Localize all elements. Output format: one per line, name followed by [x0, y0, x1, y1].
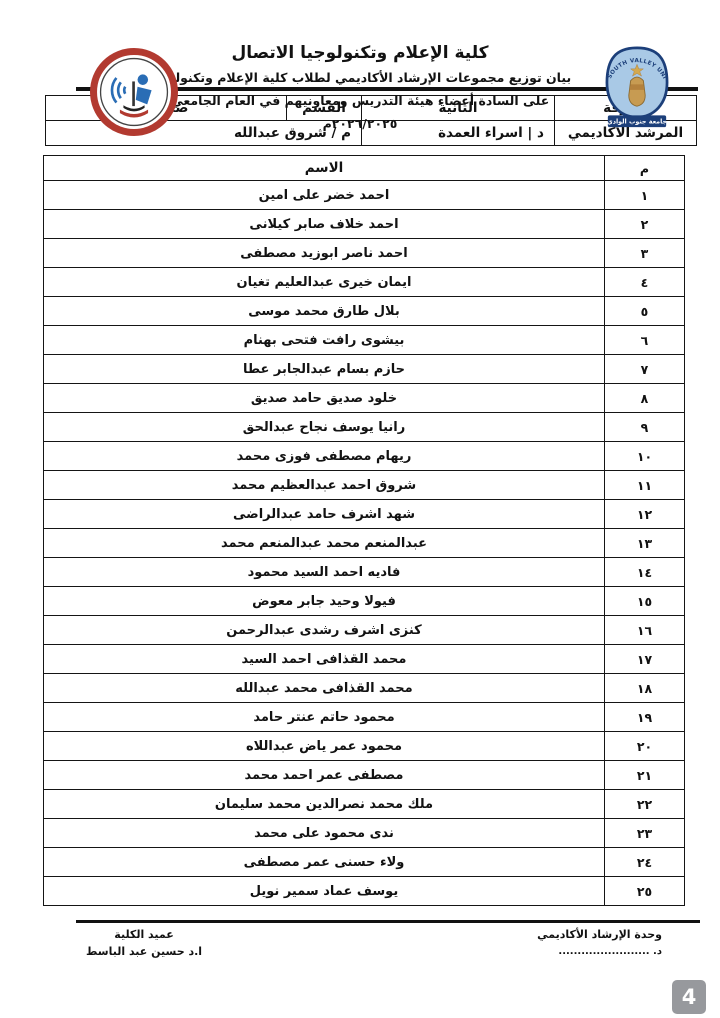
- column-header-number: م: [605, 156, 685, 181]
- advising-unit-signature-block: وحدة الإرشاد الأكاديمي د. ..............…: [537, 926, 662, 960]
- student-number: ١٢: [605, 500, 685, 529]
- students-table: م الاسم ١ احمد خضر على امين ٢ احمد خلاف …: [43, 155, 685, 906]
- column-header-name: الاسم: [44, 156, 605, 181]
- student-number: ١٩: [605, 703, 685, 732]
- student-number: ١٣: [605, 529, 685, 558]
- table-header-row: م الاسم: [44, 156, 685, 181]
- student-number: ١١: [605, 471, 685, 500]
- student-name: محمود حاتم عنتر حامد: [44, 703, 605, 732]
- document-subtitle-2: على السادة أعضاء هيئة التدريس ومعاونيهم …: [140, 89, 580, 135]
- student-number: ٨: [605, 384, 685, 413]
- student-number: ١: [605, 181, 685, 210]
- table-row: ٨ خلود صديق حامد صديق: [44, 384, 685, 413]
- table-row: ١٢ شهد اشرف حامد عبدالراضى: [44, 500, 685, 529]
- document-page: كلية الإعلام وتكنولوجيا الاتصال بيان توز…: [0, 0, 720, 1018]
- student-name: كنزى اشرف رشدى عبدالرحمن: [44, 616, 605, 645]
- table-row: ٦ بيشوى رافت فتحى بهنام: [44, 326, 685, 355]
- student-name: رانيا يوسف نجاح عبدالحق: [44, 413, 605, 442]
- university-logo-icon: SOUTH VALLEY UNIVERSITY جامعة جنوب الواد…: [596, 42, 678, 134]
- student-number: ١٠: [605, 442, 685, 471]
- student-number: ١٧: [605, 645, 685, 674]
- student-number: ٥: [605, 297, 685, 326]
- page-number-badge: 4: [672, 980, 706, 1014]
- table-row: ١٨ محمد القذافى محمد عبدالله: [44, 674, 685, 703]
- table-row: ٢١ مصطفى عمر احمد محمد: [44, 761, 685, 790]
- advising-unit-title: وحدة الإرشاد الأكاديمي: [537, 926, 662, 943]
- dean-signature-block: عميد الكلية ا.د حسين عبد الباسط: [86, 926, 202, 960]
- student-number: ٢٤: [605, 848, 685, 877]
- student-number: ٩: [605, 413, 685, 442]
- student-name: حازم بسام عبدالجابر عطا: [44, 355, 605, 384]
- student-name: عبدالمنعم محمد عبدالمنعم محمد: [44, 529, 605, 558]
- document-footer: وحدة الإرشاد الأكاديمي د. ..............…: [0, 923, 720, 960]
- student-number: ٣: [605, 239, 685, 268]
- faculty-media-logo-icon: [90, 48, 178, 136]
- student-name: مصطفى عمر احمد محمد: [44, 761, 605, 790]
- student-number: ٢٢: [605, 790, 685, 819]
- advising-unit-signature-line: د. ........................: [537, 943, 662, 960]
- student-number: ١٦: [605, 616, 685, 645]
- student-number: ٢٥: [605, 877, 685, 906]
- table-row: ٢٠ محمود عمر ياض عبداللاه: [44, 732, 685, 761]
- student-number: ٢١: [605, 761, 685, 790]
- student-number: ١٥: [605, 587, 685, 616]
- student-name: احمد خلاف صابر كيلانى: [44, 210, 605, 239]
- table-row: ٧ حازم بسام عبدالجابر عطا: [44, 355, 685, 384]
- student-number: ١٨: [605, 674, 685, 703]
- table-row: ١ احمد خضر على امين: [44, 181, 685, 210]
- table-row: ١٠ ريهام مصطفى فوزى محمد: [44, 442, 685, 471]
- university-logo-banner-text: جامعة جنوب الوادي: [607, 118, 667, 126]
- student-name: ملك محمد نصرالدين محمد سليمان: [44, 790, 605, 819]
- dean-title: عميد الكلية: [86, 926, 202, 943]
- table-row: ٣ احمد ناصر ابوزيد مصطفى: [44, 239, 685, 268]
- student-name: بيشوى رافت فتحى بهنام: [44, 326, 605, 355]
- table-row: ١٦ كنزى اشرف رشدى عبدالرحمن: [44, 616, 685, 645]
- faculty-title: كلية الإعلام وتكنولوجيا الاتصال: [140, 40, 580, 66]
- table-row: ٢٥ يوسف عماد سمير نويل: [44, 877, 685, 906]
- student-name: محمود عمر ياض عبداللاه: [44, 732, 605, 761]
- document-header: كلية الإعلام وتكنولوجيا الاتصال بيان توز…: [0, 0, 720, 84]
- student-name: احمد ناصر ابوزيد مصطفى: [44, 239, 605, 268]
- student-number: ٧: [605, 355, 685, 384]
- student-name: شروق احمد عبدالعظيم محمد: [44, 471, 605, 500]
- table-row: ٤ ايمان خيرى عبدالعليم تغيان: [44, 268, 685, 297]
- table-row: ١٥ فيولا وحيد جابر معوض: [44, 587, 685, 616]
- table-row: ٢٣ ندى محمود على محمد: [44, 819, 685, 848]
- table-row: ١٧ محمد القذافى احمد السيد: [44, 645, 685, 674]
- student-name: بلال طارق محمد موسى: [44, 297, 605, 326]
- student-number: ٢٣: [605, 819, 685, 848]
- student-name: يوسف عماد سمير نويل: [44, 877, 605, 906]
- student-name: ولاء حسنى عمر مصطفى: [44, 848, 605, 877]
- student-name: ندى محمود على محمد: [44, 819, 605, 848]
- student-name: احمد خضر على امين: [44, 181, 605, 210]
- table-row: ٢٢ ملك محمد نصرالدين محمد سليمان: [44, 790, 685, 819]
- student-number: ٦: [605, 326, 685, 355]
- table-row: ٩ رانيا يوسف نجاح عبدالحق: [44, 413, 685, 442]
- student-name: شهد اشرف حامد عبدالراضى: [44, 500, 605, 529]
- student-name: محمد القذافى محمد عبدالله: [44, 674, 605, 703]
- table-row: ٢٤ ولاء حسنى عمر مصطفى: [44, 848, 685, 877]
- student-number: ١٤: [605, 558, 685, 587]
- student-name: محمد القذافى احمد السيد: [44, 645, 605, 674]
- student-name: ايمان خيرى عبدالعليم تغيان: [44, 268, 605, 297]
- table-row: ١٩ محمود حاتم عنتر حامد: [44, 703, 685, 732]
- student-number: ٢: [605, 210, 685, 239]
- student-name: خلود صديق حامد صديق: [44, 384, 605, 413]
- table-row: ٢ احمد خلاف صابر كيلانى: [44, 210, 685, 239]
- table-row: ٥ بلال طارق محمد موسى: [44, 297, 685, 326]
- student-number: ٤: [605, 268, 685, 297]
- table-row: ١٤ فاديه احمد السيد محمود: [44, 558, 685, 587]
- table-row: ١١ شروق احمد عبدالعظيم محمد: [44, 471, 685, 500]
- student-name: فيولا وحيد جابر معوض: [44, 587, 605, 616]
- dean-name: ا.د حسين عبد الباسط: [86, 943, 202, 960]
- student-name: فاديه احمد السيد محمود: [44, 558, 605, 587]
- student-name: ريهام مصطفى فوزى محمد: [44, 442, 605, 471]
- student-number: ٢٠: [605, 732, 685, 761]
- document-subtitle-1: بيان توزيع مجموعات الإرشاد الأكاديمي لطل…: [140, 66, 580, 89]
- table-row: ١٣ عبدالمنعم محمد عبدالمنعم محمد: [44, 529, 685, 558]
